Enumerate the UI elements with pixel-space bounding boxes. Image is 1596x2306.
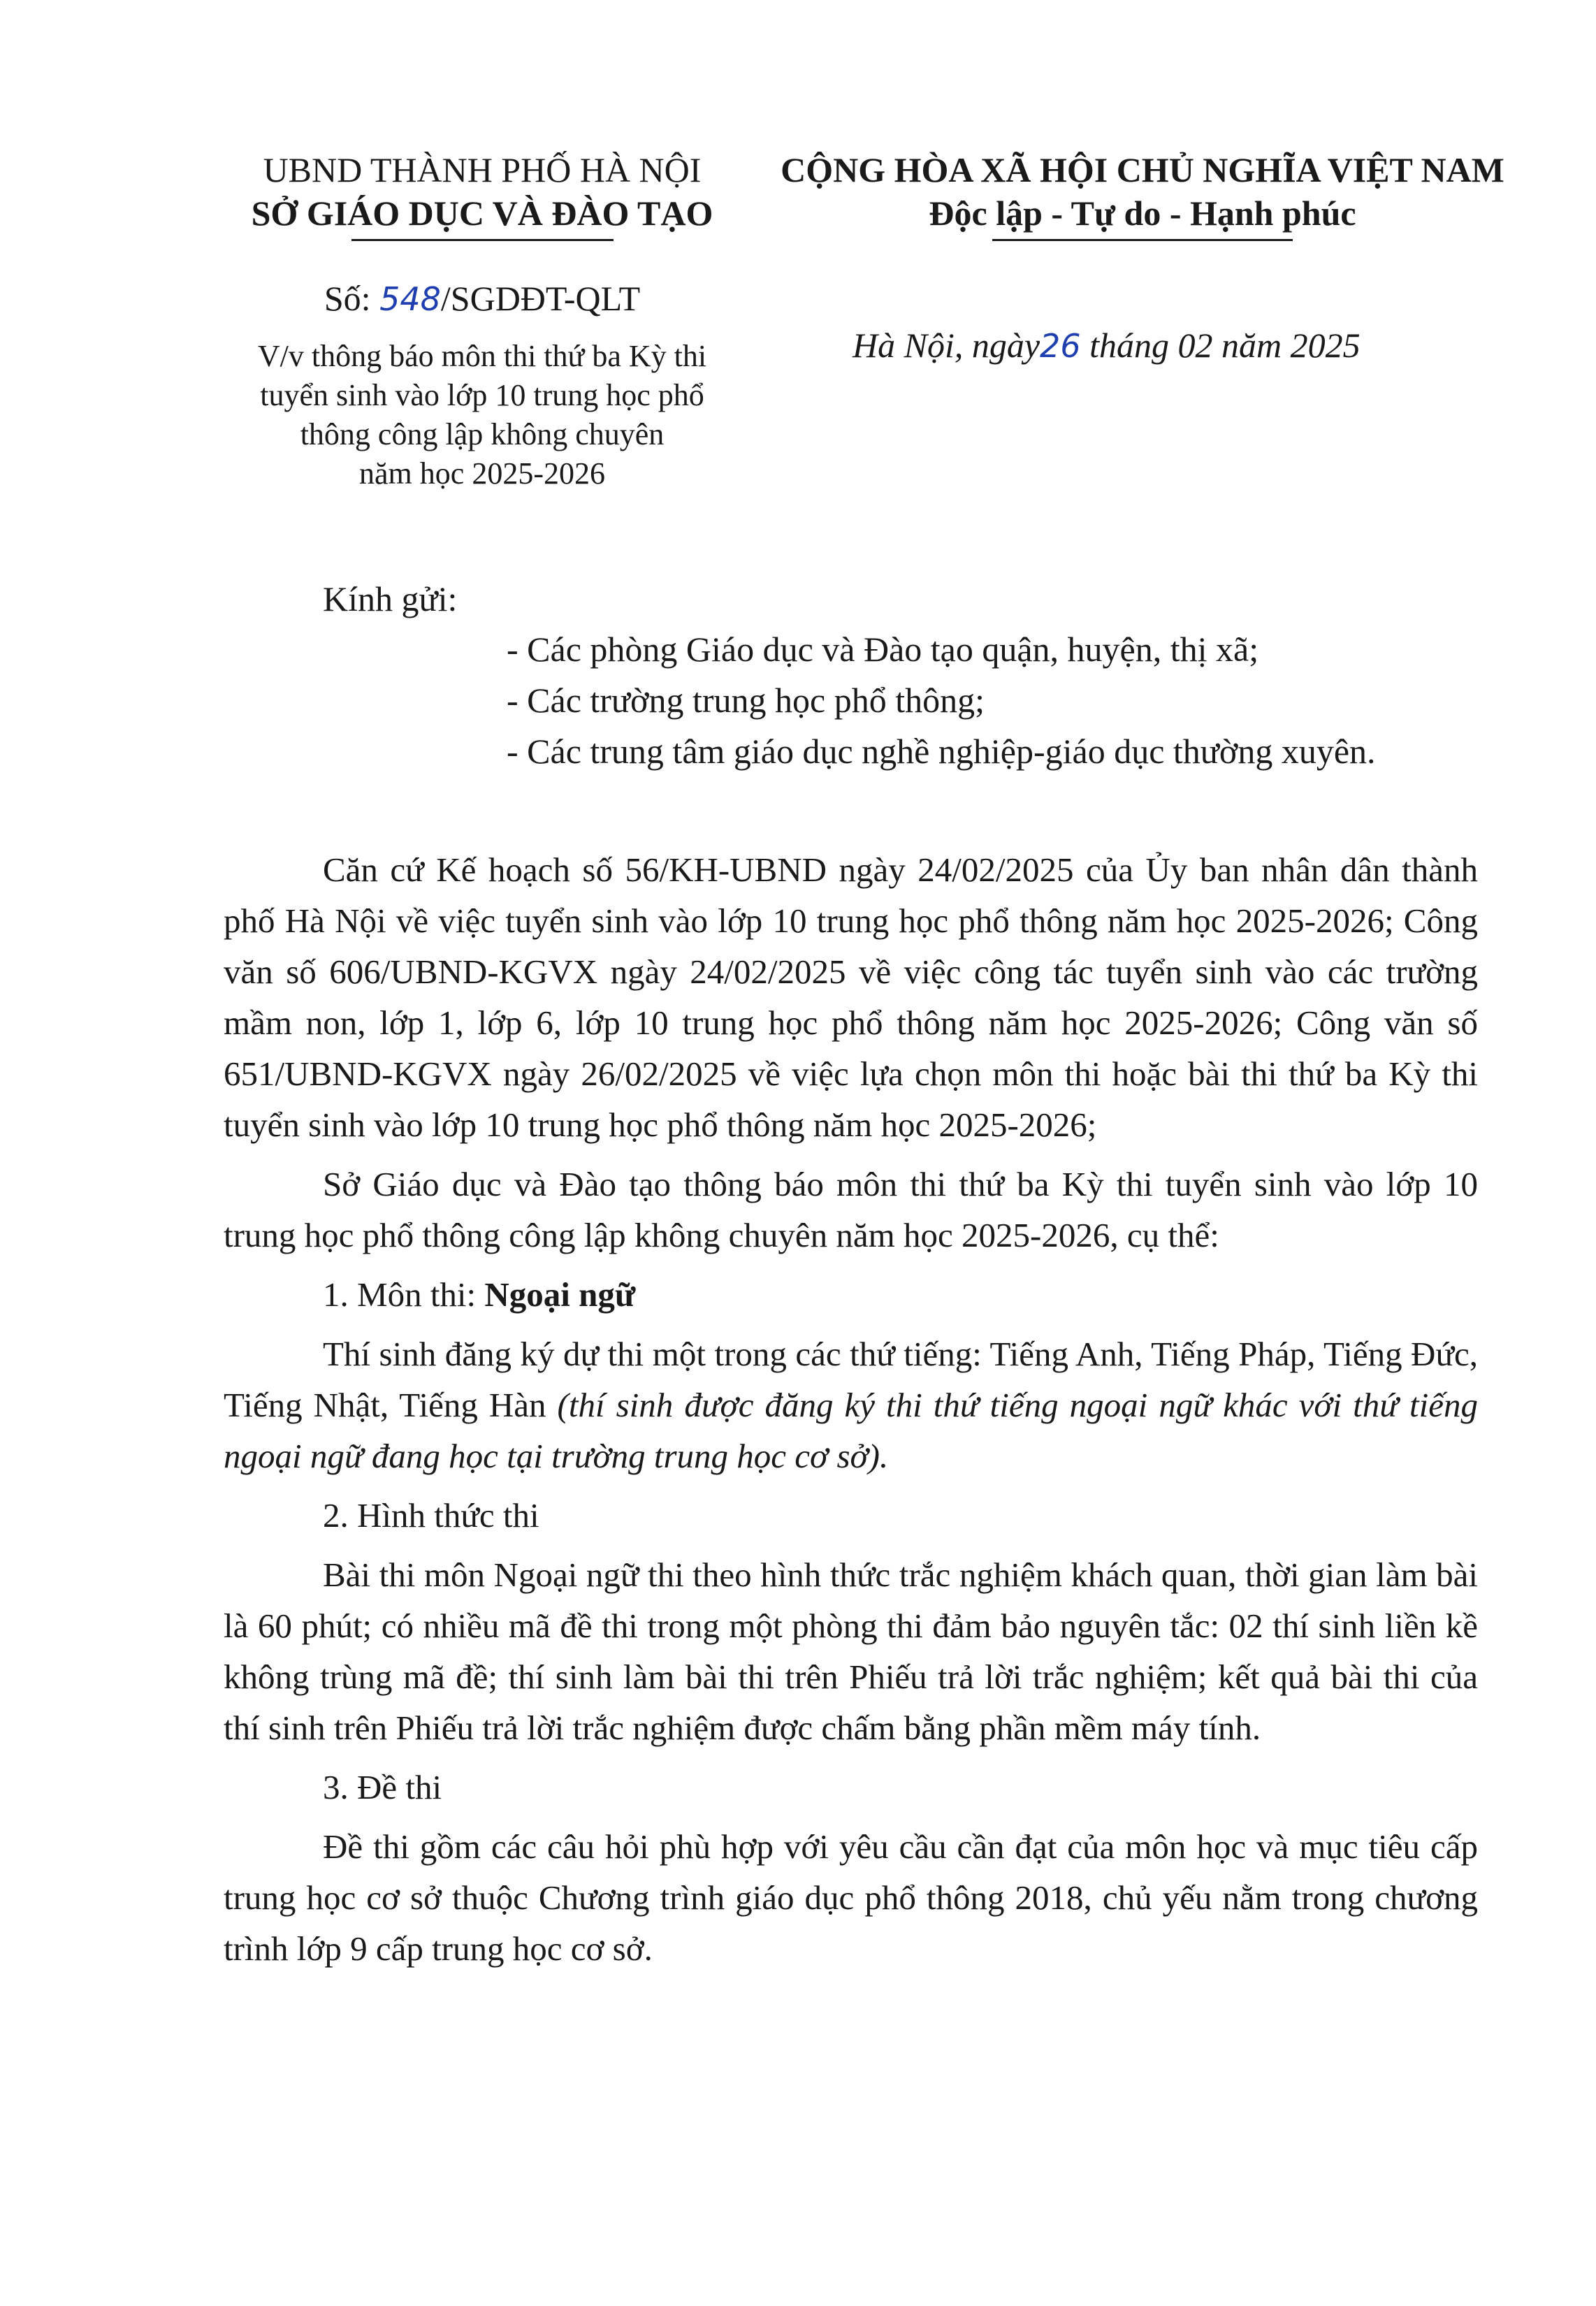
date-suffix: tháng 02 năm 2025 [1081, 326, 1361, 365]
doc-number-suffix: /SGDĐT-QLT [441, 279, 640, 318]
motto-underline [992, 239, 1293, 241]
section-heading-exam-subject: 1. Môn thi: Ngoại ngữ [224, 1269, 1478, 1320]
subject-line: năm học 2025-2026 [210, 454, 755, 493]
document-number: Số: 548/SGDĐT-QLT [210, 276, 755, 321]
section-text-exam-paper: Đề thi gồm các câu hỏi phù hợp với yêu c… [224, 1821, 1478, 1974]
recipients-label: Kính gửi: [323, 576, 457, 621]
exam-subject-value: Ngoại ngữ [484, 1275, 635, 1314]
section-heading-exam-format: 2. Hình thức thi [224, 1490, 1478, 1541]
recipient-item: - Các phòng Giáo dục và Đào tạo quận, hu… [507, 624, 1376, 675]
issuing-authority-block: UBND THÀNH PHỐ HÀ NỘI SỞ GIÁO DỤC VÀ ĐÀO… [210, 148, 755, 241]
document-body: Căn cứ Kế hoạch số 56/KH-UBND ngày 24/02… [224, 844, 1478, 1974]
section-text-exam-subject: Thí sinh đăng ký dự thi một trong các th… [224, 1328, 1478, 1481]
authority-name: UBND THÀNH PHỐ HÀ NỘI [210, 148, 755, 191]
announcement-paragraph: Sở Giáo dục và Đào tạo thông báo môn thi… [224, 1159, 1478, 1261]
section-heading-exam-paper: 3. Đề thi [224, 1762, 1478, 1813]
subject-line: thông công lập không chuyên [210, 415, 755, 454]
subject-line: V/v thông báo môn thi thứ ba Kỳ thi [210, 337, 755, 376]
recipients-list: - Các phòng Giáo dục và Đào tạo quận, hu… [507, 624, 1376, 777]
national-header-block: CỘNG HÒA XÃ HỘI CHỦ NGHĨA VIỆT NAM Độc l… [748, 148, 1537, 241]
national-title: CỘNG HÒA XÃ HỘI CHỦ NGHĨA VIỆT NAM [748, 148, 1537, 191]
recipient-item: - Các trung tâm giáo dục nghề nghiệp-giá… [507, 726, 1376, 777]
department-name: SỞ GIÁO DỤC VÀ ĐÀO TẠO [210, 191, 755, 235]
section-text-exam-format: Bài thi môn Ngoại ngữ thi theo hình thức… [224, 1549, 1478, 1753]
doc-number-prefix: Số: [324, 279, 379, 318]
issue-date: Hà Nội, ngày26 tháng 02 năm 2025 [853, 323, 1495, 368]
doc-number-handwritten: 548 [379, 280, 441, 318]
subject-line: tuyển sinh vào lớp 10 trung học phổ [210, 376, 755, 415]
recipient-item: - Các trường trung học phổ thông; [507, 675, 1376, 726]
date-day-handwritten: 26 [1040, 327, 1081, 365]
document-subject: V/v thông báo môn thi thứ ba Kỳ thi tuyể… [210, 337, 755, 493]
national-motto: Độc lập - Tự do - Hạnh phúc [748, 191, 1537, 235]
department-underline [351, 239, 614, 241]
basis-paragraph: Căn cứ Kế hoạch số 56/KH-UBND ngày 24/02… [224, 844, 1478, 1150]
date-prefix: Hà Nội, ngày [853, 326, 1040, 365]
